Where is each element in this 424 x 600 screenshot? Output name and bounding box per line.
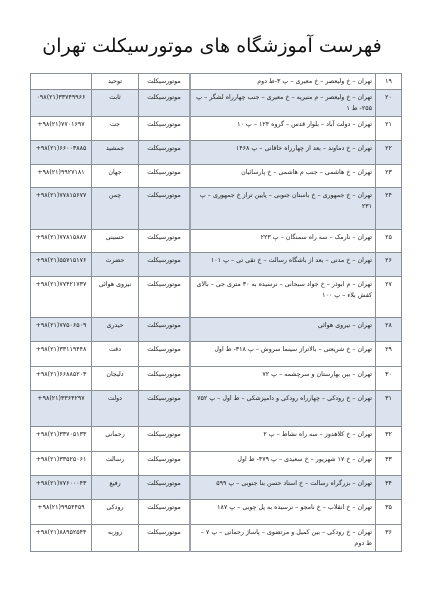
type-cell: موتورسیکلت <box>139 427 191 452</box>
phone-cell: +۹۸(۲۱)۸۸۹۵۲۵۴۴ <box>31 525 92 552</box>
row-number: ۲۰ <box>376 90 402 117</box>
school-name-cell: جمشید <box>92 141 139 165</box>
school-name-cell: حیدری <box>92 318 139 342</box>
type-cell: موتورسیکلت <box>139 74 191 90</box>
row-number: ۳۰ <box>376 367 402 391</box>
school-name-cell: چمن <box>92 188 139 230</box>
row-number: ۲۹ <box>376 342 402 367</box>
address-cell: تهران – بین بهارستان و سرچشمه – پ ۷۲ <box>190 367 376 391</box>
type-cell: موتورسیکلت <box>139 342 191 367</box>
table-row: ۲۰تهران – خ ولیعصر – م منیریه – خ معیری … <box>31 90 402 117</box>
type-cell: موتورسیکلت <box>139 165 191 188</box>
phone-cell: +۹۸(۲۱)۹۹۲۷۱۸۱ <box>31 165 92 188</box>
address-cell: تهران – خ ولیعصر – م منیریه – خ معیری – … <box>190 90 376 117</box>
table-row: ۲۸تهران – نیروی هوائیموتورسیکلتحیدری+۹۸(… <box>31 318 402 342</box>
phone-cell: +۹۸(۲۱)۳۳۱۱۹۴۴۸ <box>31 342 92 367</box>
driving-schools-table: ۱۹تهران – خ ولیعصر – خ معیری – پ ۳-ط دوم… <box>30 73 402 552</box>
type-cell: موتورسیکلت <box>139 318 191 342</box>
page-title: فهرست آموزشگاه های موتورسیکلت تهران <box>0 35 424 57</box>
type-cell: موتورسیکلت <box>139 500 191 525</box>
school-name-cell: جهان <box>92 165 139 188</box>
type-cell: موتورسیکلت <box>139 367 191 391</box>
address-cell: تهران – خ جمهوری – خ باستان جنوبی – پایی… <box>190 188 376 230</box>
row-number: ۳۶ <box>376 525 402 552</box>
row-number: ۲۴ <box>376 188 402 230</box>
type-cell: موتورسیکلت <box>139 391 191 427</box>
address-cell: تهران – خ رودکی – چهارراه رودکی و دامپزش… <box>190 391 376 427</box>
type-cell: موتورسیکلت <box>139 117 191 141</box>
row-number: ۳۴ <box>376 476 402 500</box>
table-row: ۳۵تهران – خ انقلاب – خ نامجو – نرسیده به… <box>31 500 402 525</box>
table-row: ۳۱تهران – خ رودکی – چهارراه رودکی و دامپ… <box>31 391 402 427</box>
school-name-cell: توحید <box>92 74 139 90</box>
school-name-cell: رفیع <box>92 476 139 500</box>
table-row: ۳۶تهران – خ رودکی – بین کمیل و مرتضوی – … <box>31 525 402 552</box>
phone-cell: ۰۹۸(۲۱)۳۳۷۴۹۹۶۶ <box>31 90 92 117</box>
phone-cell: +۹۸(۲۱)۳۳۶۴۲۹۷ <box>31 391 92 427</box>
table-row: ۲۲تهران – خ دماوند – بعد از چهارراه خاقا… <box>31 141 402 165</box>
school-name-cell: رسالت <box>92 452 139 476</box>
phone-cell <box>31 74 92 90</box>
phone-cell: +۹۸(۲۱)۷۷۸۱۵۶۷۷ <box>31 188 92 230</box>
school-name-cell: روزبه <box>92 525 139 552</box>
address-cell: تهران – خ ولیعصر – خ معیری – پ ۳-ط دوم <box>190 74 376 90</box>
phone-cell: +۹۸(۲۱)۷۷۶۰۰۰۴۳ <box>31 476 92 500</box>
type-cell: موتورسیکلت <box>139 188 191 230</box>
address-cell: تهران – خ شریعتی – بالاتراز سینما سروش –… <box>190 342 376 367</box>
address-cell: تهران – خ کلاهدوز – سه راه نشاط – پ ۲ <box>190 427 376 452</box>
table-row: ۲۶تهران – خ مدنی – بعد از باشگاه رسالت –… <box>31 253 402 277</box>
address-cell: تهران – نارمک – سه راه سمنگان – پ ۲۲۳ <box>190 230 376 253</box>
address-cell: تهران – خ مدنی – بعد از باشگاه رسالت – خ… <box>190 253 376 277</box>
row-number: ۱۹ <box>376 74 402 90</box>
row-number: ۲۸ <box>376 318 402 342</box>
row-number: ۳۳ <box>376 452 402 476</box>
address-cell: تهران – دولت آباد – بلوار قدس – گروه ۱۲۴… <box>190 117 376 141</box>
type-cell: موتورسیکلت <box>139 253 191 277</box>
table-row: ۲۷تهران – م ابوذر – خ جواد سبحانی – نرسی… <box>31 277 402 318</box>
address-cell: تهران – خ ۱۷ شهریور – خ سعیدی – پ ۴۷۹- ط… <box>190 452 376 476</box>
school-name-cell: دولت <box>92 391 139 427</box>
row-number: ۳۲ <box>376 427 402 452</box>
school-name-cell: دلیجان <box>92 367 139 391</box>
phone-cell: +۹۸(۲۱)۹۹۵۴۴۵۹ <box>31 500 92 525</box>
table-row: ۳۳تهران – خ ۱۷ شهریور – خ سعیدی – پ ۴۷۹-… <box>31 452 402 476</box>
type-cell: موتورسیکلت <box>139 141 191 165</box>
phone-cell: +۹۸(۲۱)۷۷۴۲۱۷۳۷ <box>31 277 92 318</box>
school-name-cell: جت <box>92 117 139 141</box>
school-name-cell: رحمانی <box>92 427 139 452</box>
row-number: ۲۶ <box>376 253 402 277</box>
address-cell: تهران – خ انقلاب – خ نامجو – نرسیده به پ… <box>190 500 376 525</box>
school-name-cell: حسینی <box>92 230 139 253</box>
row-number: ۲۱ <box>376 117 402 141</box>
table-row: ۲۵تهران – نارمک – سه راه سمنگان – پ ۲۲۳م… <box>31 230 402 253</box>
address-cell: تهران – خ رودکی – بین کمیل و مرتضوی – پا… <box>190 525 376 552</box>
address-cell: تهران – بزرگراه رسالت – خ استاد حسن بنا … <box>190 476 376 500</box>
table-row: ۳۰تهران – بین بهارستان و سرچشمه – پ ۷۲مو… <box>31 367 402 391</box>
school-name-cell: نیروی هوائی <box>92 277 139 318</box>
address-cell: تهران – نیروی هوائی <box>190 318 376 342</box>
school-name-cell: رودکی <box>92 500 139 525</box>
address-cell: تهران – خ دماوند – بعد از چهارراه خاقانی… <box>190 141 376 165</box>
row-number: ۲۳ <box>376 165 402 188</box>
phone-cell: +۹۸(۲۱)۶۶۸۸۵۲۰۳ <box>31 367 92 391</box>
type-cell: موتورسیکلت <box>139 230 191 253</box>
type-cell: موتورسیکلت <box>139 277 191 318</box>
type-cell: موتورسیکلت <box>139 525 191 552</box>
row-number: ۳۱ <box>376 391 402 427</box>
table-row: ۲۱تهران – دولت آباد – بلوار قدس – گروه ۱… <box>31 117 402 141</box>
school-name-cell: ثابت <box>92 90 139 117</box>
table-row: ۲۴تهران – خ جمهوری – خ باستان جنوبی – پا… <box>31 188 402 230</box>
address-cell: تهران – م ابوذر – خ جواد سبحانی – نرسیده… <box>190 277 376 318</box>
phone-cell: +۹۸(۲۱)۷۷۰۱۶۹۷ <box>31 117 92 141</box>
row-number: ۲۷ <box>376 277 402 318</box>
phone-cell: +۹۸(۲۱)۳۳۵۲۵۰۶۱ <box>31 452 92 476</box>
table-row: ۲۳تهران – خ هاشمی – جنب م هاشمی – خ پارس… <box>31 165 402 188</box>
table-row: ۲۹تهران – خ شریعتی – بالاتراز سینما سروش… <box>31 342 402 367</box>
row-number: ۳۵ <box>376 500 402 525</box>
table-row: ۳۲تهران – خ کلاهدوز – سه راه نشاط – پ ۲م… <box>31 427 402 452</box>
type-cell: موتورسیکلت <box>139 476 191 500</box>
phone-cell: +۹۸(۲۱)۳۳۷۰۵۱۳۳ <box>31 427 92 452</box>
address-cell: تهران – خ هاشمی – جنب م هاشمی – خ پارسائ… <box>190 165 376 188</box>
table-row: ۱۹تهران – خ ولیعصر – خ معیری – پ ۳-ط دوم… <box>31 74 402 90</box>
phone-cell: +۹۸(۲۱)۵۵۷۱۵۱۷۶ <box>31 253 92 277</box>
table-row: ۳۴تهران – بزرگراه رسالت – خ استاد حسن بن… <box>31 476 402 500</box>
phone-cell: +۹۸(۲۱)۶۶۰۰۳۸۸۵ <box>31 141 92 165</box>
type-cell: موتورسیکلت <box>139 452 191 476</box>
type-cell: موتورسیکلت <box>139 90 191 117</box>
school-name-cell: دقت <box>92 342 139 367</box>
phone-cell: +۹۸(۲۱)۷۷۵۰۶۵۰۹ <box>31 318 92 342</box>
row-number: ۲۵ <box>376 230 402 253</box>
row-number: ۲۲ <box>376 141 402 165</box>
school-name-cell: حضرت <box>92 253 139 277</box>
phone-cell: +۹۸(۲۱)۷۷۸۱۵۸۸۷ <box>31 230 92 253</box>
